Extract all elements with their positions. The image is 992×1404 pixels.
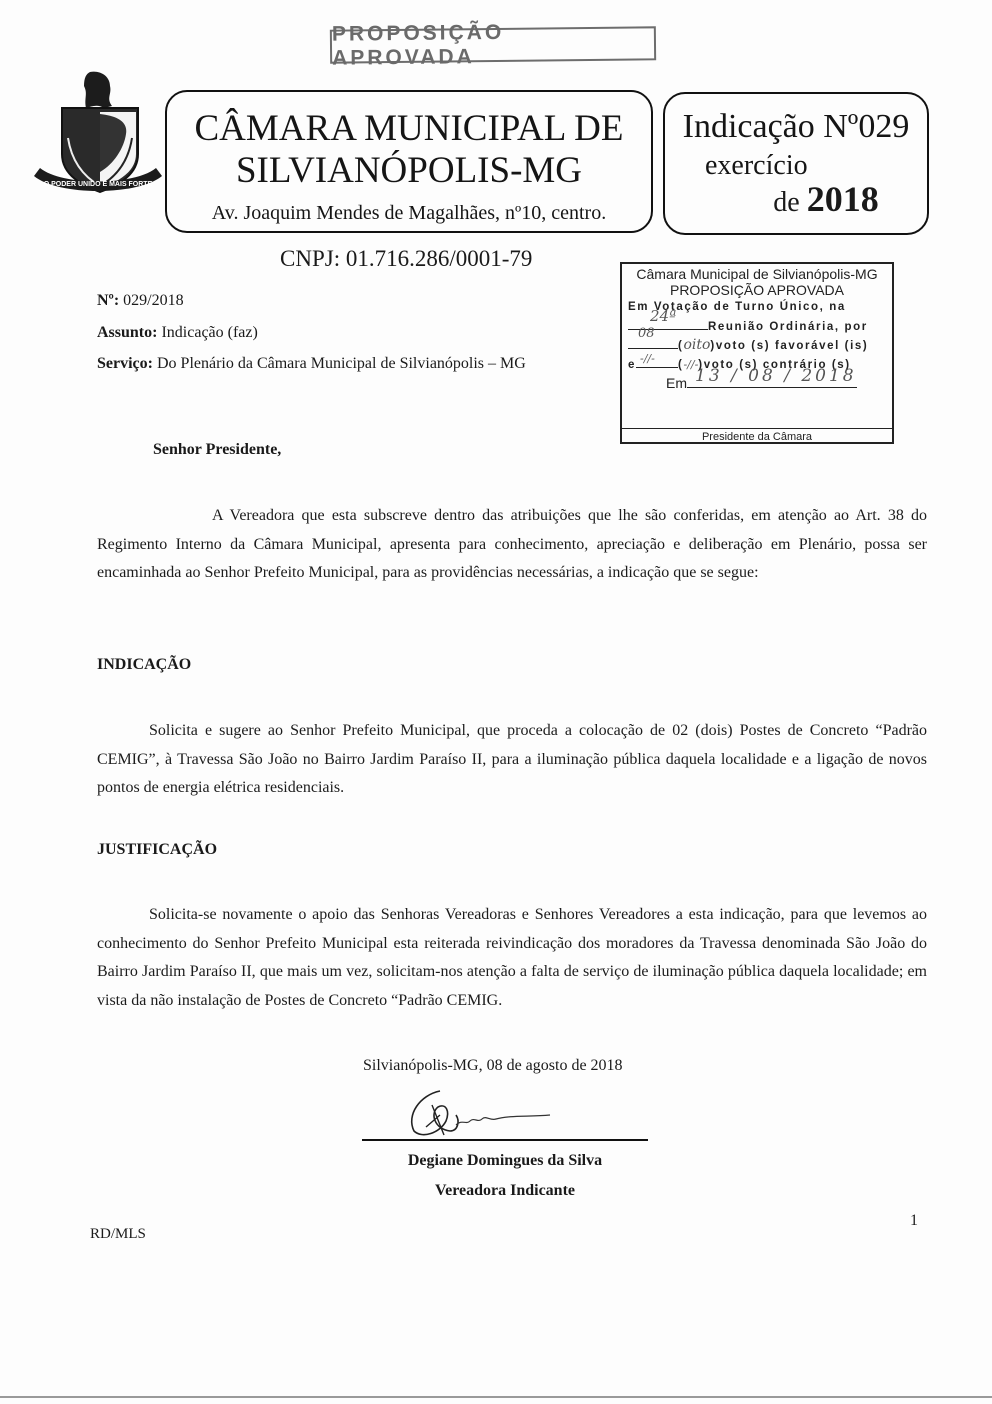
year-value: 2018	[807, 179, 879, 219]
intro-text: A Vereadora que esta subscreve dentro da…	[97, 507, 927, 581]
meta-assunto: Assunto: Indicação (faz)	[97, 324, 258, 342]
indicacao-paragraph: Solicita e sugere ao Senhor Prefeito Mun…	[97, 717, 927, 803]
indicacao-title: Indicação Nº029	[665, 108, 927, 146]
votes-for-words-handwritten: oito	[683, 337, 710, 353]
numero-label: Nº:	[97, 292, 119, 309]
municipal-coat-of-arms-icon: O PODER UNIDO É MAIS FORTE	[28, 68, 168, 200]
signer-name: Degiane Domingues da Silva	[362, 1152, 648, 1170]
chamber-address: Av. Joaquim Mendes de Magalhães, nº10, c…	[167, 202, 651, 225]
place-and-date: Silvianópolis-MG, 08 de agosto de 2018	[363, 1057, 623, 1075]
meta-numero: Nº: 029/2018	[97, 292, 184, 310]
justificacao-heading: JUSTIFICAÇÃO	[97, 841, 217, 859]
numero-value: 029/2018	[123, 292, 183, 309]
date-handwritten: 13 / 08 / 2018	[695, 367, 857, 386]
signature-line	[362, 1139, 648, 1141]
justificacao-paragraph: Solicita-se novamente o apoio das Senhor…	[97, 901, 927, 1015]
de-label: de	[773, 187, 799, 218]
votes-against-handwritten: -//-	[640, 349, 655, 368]
president-caption: Presidente da Câmara	[622, 431, 892, 443]
justificacao-text: Solicita-se novamente o apoio das Senhor…	[97, 906, 927, 1009]
page-bottom-edge	[0, 1396, 992, 1398]
salutation: Senhor Presidente,	[153, 441, 281, 459]
votes-for-label: )voto (s) favorável (is)	[710, 340, 868, 352]
meta-servico: Serviço: Do Plenário da Câmara Municipal…	[97, 355, 526, 373]
chamber-name-line1: CÂMARA MUNICIPAL DE	[167, 108, 651, 150]
stamp-date-line: Em 13 / 08 / 2018	[622, 374, 892, 393]
stamp-chamber-name: Câmara Municipal de Silvianópolis-MG	[622, 266, 892, 282]
servico-value: Do Plenário da Câmara Municipal de Silvi…	[157, 355, 526, 372]
approval-stamp: Câmara Municipal de Silvianópolis-MG PRO…	[620, 262, 894, 444]
exercicio-year: de 2018	[665, 178, 927, 220]
handwritten-signature-icon	[400, 1085, 570, 1141]
chamber-name-line2: SILVIANÓPOLIS-MG	[167, 150, 651, 192]
votes-for-handwritten: 08	[638, 324, 655, 343]
indicacao-heading: INDICAÇÃO	[97, 656, 191, 674]
stamp-approved: PROPOSIÇÃO APROVADA	[622, 282, 892, 298]
author-initials: RD/MLS	[90, 1226, 146, 1243]
assunto-value: Indicação (faz)	[161, 324, 257, 341]
stamp-session-line: 24ª Reunião Ordinária, por	[622, 317, 892, 336]
approved-stamp-top: PROPOSIÇÃO APROVADA	[330, 26, 656, 63]
stamp-votes-for-line: 08 (oito)voto (s) favorável (is)	[622, 336, 892, 355]
session-label: Reunião Ordinária, por	[708, 321, 868, 333]
president-signature-line	[622, 428, 892, 429]
coat-motto: O PODER UNIDO É MAIS FORTE	[44, 179, 153, 188]
servico-label: Serviço:	[97, 355, 153, 372]
intro-paragraph: A Vereadora que esta subscreve dentro da…	[97, 502, 927, 588]
indicacao-text: Solicita e sugere ao Senhor Prefeito Mun…	[97, 722, 927, 796]
indicacao-number-box: Indicação Nº029 exercício de 2018	[663, 92, 929, 235]
page-number: 1	[910, 1212, 918, 1230]
date-label: Em	[666, 375, 687, 391]
chamber-header-box: CÂMARA MUNICIPAL DE SILVIANÓPOLIS-MG Av.…	[165, 90, 653, 233]
cnpj: CNPJ: 01.716.286/0001-79	[280, 246, 532, 272]
assunto-label: Assunto:	[97, 324, 157, 341]
signer-role: Vereadora Indicante	[362, 1182, 648, 1200]
